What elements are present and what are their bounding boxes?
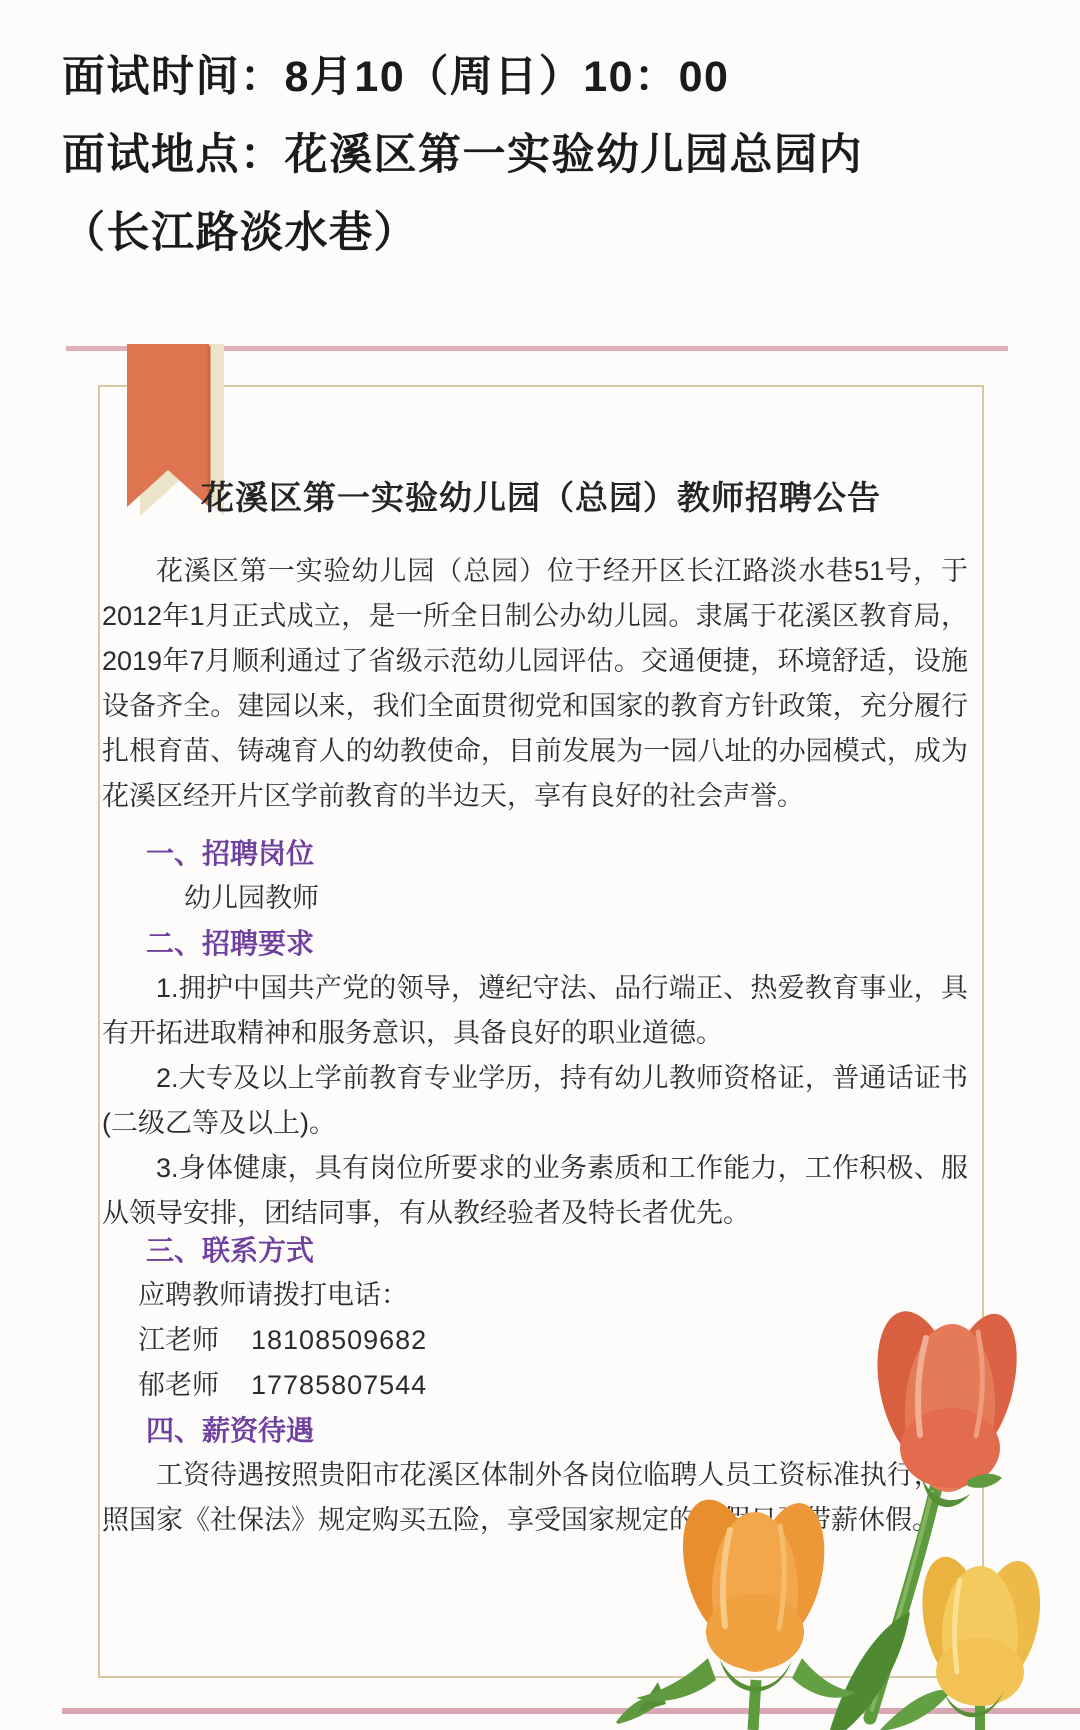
requirement-item-2: 2.大专及以上学前教育专业学历，持有幼儿教师资格证，普通话证书(二级乙等及以上)… bbox=[102, 1056, 968, 1146]
requirement-item-1: 1.拥护中国共产党的领导，遵纪守法、品行端正、热爱教育事业，具有开拓进取精神和服… bbox=[102, 966, 968, 1056]
position-item: 幼儿园教师 bbox=[102, 876, 968, 921]
notice-title: 花溪区第一实验幼儿园（总园）教师招聘公告 bbox=[98, 472, 984, 519]
intro-paragraph: 花溪区第一实验幼儿园（总园）位于经开区长江路淡水巷51号，于2012年1月正式成… bbox=[102, 549, 968, 819]
requirement-item-3: 3.身体健康，具有岗位所要求的业务素质和工作能力，工作积极、服从领导安排，团结同… bbox=[102, 1146, 968, 1236]
interview-location-line: 面试地点：花溪区第一实验幼儿园总园内 bbox=[62, 116, 863, 194]
contact-phone-number: 18108509682 bbox=[251, 1325, 427, 1355]
section-heading-requirements: 二、招聘要求 bbox=[102, 921, 968, 966]
interview-info-block: 面试时间：8月10（周日）10：00 面试地点：花溪区第一实验幼儿园总园内 （长… bbox=[62, 38, 863, 272]
section-heading-position: 一、招聘岗位 bbox=[102, 831, 968, 876]
interview-time-line: 面试时间：8月10（周日）10：00 bbox=[62, 38, 863, 116]
interview-address-line: （长江路淡水巷） bbox=[62, 194, 863, 272]
contact-teacher-name: 郁老师 bbox=[138, 1370, 219, 1400]
recruitment-announcement-page: 面试时间：8月10（周日）10：00 面试地点：花溪区第一实验幼儿园总园内 （长… bbox=[0, 0, 1080, 1730]
contact-phone-number: 17785807544 bbox=[251, 1370, 427, 1400]
contact-teacher-name: 江老师 bbox=[138, 1325, 219, 1355]
tulip-flowers-icon bbox=[580, 1240, 1080, 1730]
